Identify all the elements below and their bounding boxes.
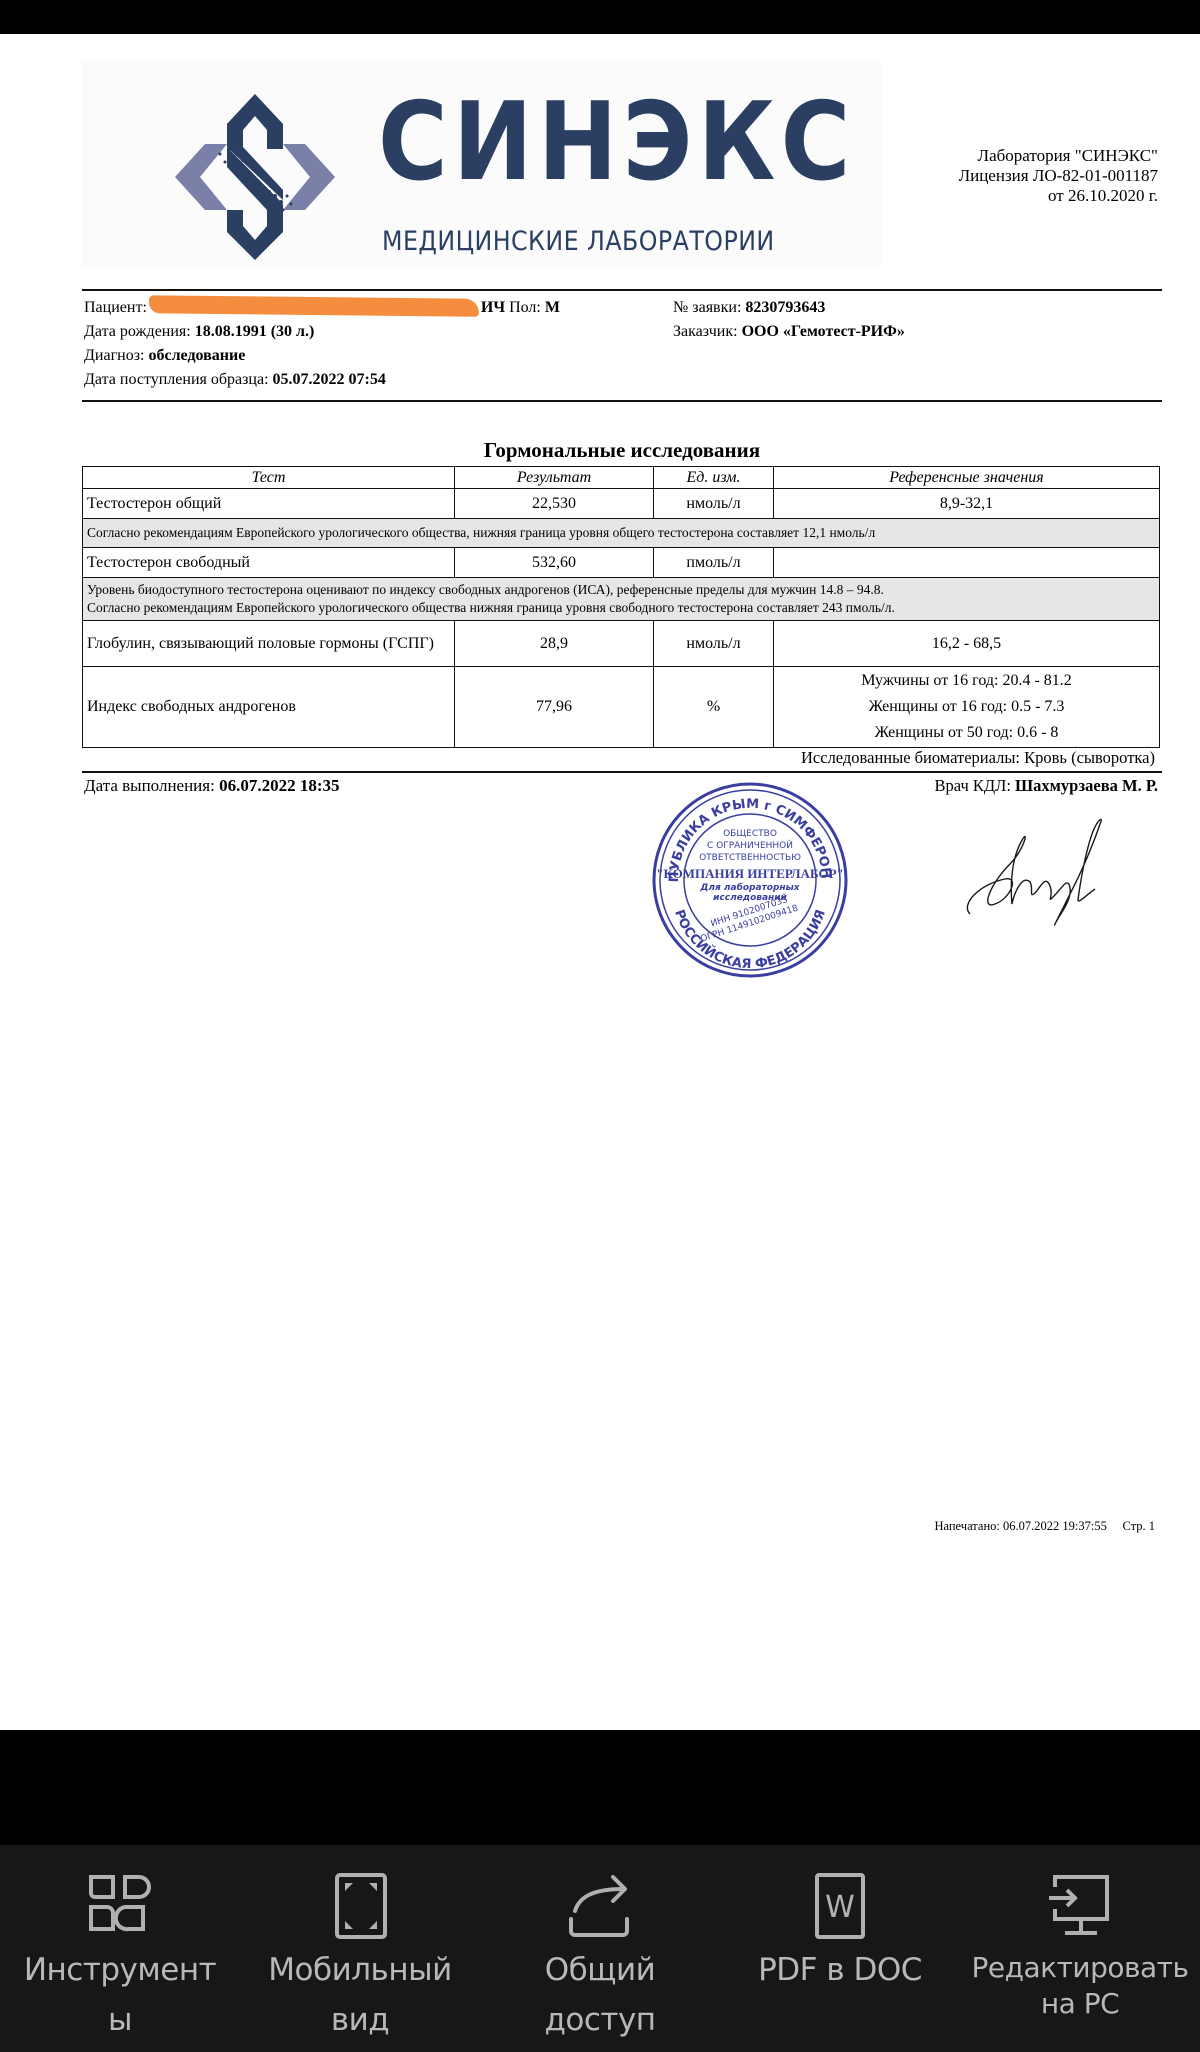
test-name: Тестостерон общий xyxy=(83,489,455,519)
order-number: 8230793643 xyxy=(745,299,825,316)
test-unit: % xyxy=(654,667,774,748)
note-line: Уровень биодоступного тестостерона оцени… xyxy=(87,581,1155,599)
note-line: Согласно рекомендациям Европейского урол… xyxy=(87,599,1155,617)
mobile-view-label: Мобильный вид xyxy=(240,1945,480,2045)
patient-name-suffix: ИЧ xyxy=(481,299,505,316)
svg-text:ОБЩЕСТВО: ОБЩЕСТВО xyxy=(723,829,777,839)
diagnosis-row: Диагноз: обследование xyxy=(84,344,245,368)
edit-on-pc-button[interactable]: Редактировать на PC xyxy=(960,1845,1200,2052)
completion-date: Дата выполнения: 06.07.2022 18:35 xyxy=(84,776,340,796)
label-line: PDF в DOC xyxy=(720,1945,960,1995)
table-row: Индекс свободных андрогенов 77,96 % Мужч… xyxy=(83,667,1160,748)
company-stamp-icon: РЕСПУБЛИКА КРЫМ г СИМФЕРОПОЛЬ РОССИЙСКАЯ… xyxy=(650,780,850,980)
svg-text:"КОМПАНИЯ ИНТЕРЛАБОР": "КОМПАНИЯ ИНТЕРЛАБОР" xyxy=(656,866,843,881)
pdf-to-doc-button[interactable]: W PDF в DOC xyxy=(720,1845,960,2052)
doctor-name: Шахмурзаева М. Р. xyxy=(1015,776,1158,795)
share-button[interactable]: Общий доступ xyxy=(480,1845,720,2052)
svg-text:С ОГРАНИЧЕННОЙ: С ОГРАНИЧЕННОЙ xyxy=(707,839,793,851)
table-row: Тестостерон общий 22,530 нмоль/л 8,9-32,… xyxy=(83,489,1160,519)
test-result: 77,96 xyxy=(455,667,654,748)
test-result: 532,60 xyxy=(455,548,654,578)
synex-logo-icon xyxy=(165,92,345,267)
test-name: Индекс свободных андрогенов xyxy=(83,667,455,748)
test-reference xyxy=(774,548,1160,578)
brand-name: СИНЭКС xyxy=(378,89,856,197)
redacted-patient-name xyxy=(149,295,479,316)
bottom-toolbar: Инструмент ы Мобильный вид Общий доступ xyxy=(0,1845,1200,2052)
note-text: Согласно рекомендациям Европейского урол… xyxy=(83,519,1160,548)
customer-label: Заказчик: xyxy=(673,323,738,340)
test-unit: пмоль/л xyxy=(654,548,774,578)
patient-name-row: Пациент: ИЧ Пол: М xyxy=(84,296,560,320)
test-reference: Мужчины от 16 год: 20.4 - 81.2 Женщины о… xyxy=(774,667,1160,748)
sex-label: Пол: xyxy=(509,299,541,316)
dob-label: Дата рождения: xyxy=(84,323,191,340)
pdf-page[interactable]: СИНЭКС МЕДИЦИНСКИЕ ЛАБОРАТОРИИ Лаборатор… xyxy=(0,34,1200,1730)
doctor-signature-icon xyxy=(950,804,1120,934)
test-name: Глобулин, связывающий половые гормоны (Г… xyxy=(83,621,455,667)
test-unit: нмоль/л xyxy=(654,489,774,519)
table-note-row: Уровень биодоступного тестостерона оцени… xyxy=(83,578,1160,621)
order-row: № заявки: 8230793643 xyxy=(673,296,825,320)
divider xyxy=(82,400,1162,402)
patient-name-label: Пациент: xyxy=(84,299,147,316)
customer-value: ООО «Гемотест-РИФ» xyxy=(742,323,905,340)
sex-value: М xyxy=(545,299,560,316)
mobile-view-button[interactable]: Мобильный вид xyxy=(240,1845,480,2052)
printed-timestamp: Напечатано: 06.07.2022 19:37:55 Стр. 1 xyxy=(934,1519,1155,1534)
reference-line: Мужчины от 16 год: 20.4 - 81.2 xyxy=(778,668,1155,694)
lab-license-info: Лаборатория "СИНЭКС" Лицензия ЛО-82-01-0… xyxy=(959,146,1158,206)
diagnosis-label: Диагноз: xyxy=(84,347,144,364)
label-line: ы xyxy=(0,1995,240,2045)
label-line: на PC xyxy=(960,1986,1200,2022)
lab-name: Лаборатория "СИНЭКС" xyxy=(959,146,1158,166)
results-table: Тест Результат Ед. изм. Референсные знач… xyxy=(82,466,1160,748)
license-number: Лицензия ЛО-82-01-001187 xyxy=(959,166,1158,186)
pdf-to-doc-label: PDF в DOC xyxy=(720,1945,960,1995)
printed-date: Напечатано: 06.07.2022 19:37:55 xyxy=(934,1519,1106,1533)
tools-button[interactable]: Инструмент ы xyxy=(0,1845,240,2052)
label-line: Редактировать xyxy=(960,1950,1200,1986)
divider xyxy=(82,771,1162,773)
col-header-result: Результат xyxy=(455,467,654,489)
col-header-reference: Референсные значения xyxy=(774,467,1160,489)
status-bar xyxy=(0,0,1200,34)
svg-text:W: W xyxy=(825,1890,855,1925)
col-header-test: Тест xyxy=(83,467,455,489)
label-line: вид xyxy=(240,1995,480,2045)
edit-on-pc-label: Редактировать на PC xyxy=(960,1950,1200,2022)
sample-date-row: Дата поступления образца: 05.07.2022 07:… xyxy=(84,368,386,392)
note-text: Уровень биодоступного тестостерона оцени… xyxy=(83,578,1160,621)
page-number: Стр. 1 xyxy=(1122,1519,1155,1533)
diagnosis-value: обследование xyxy=(148,347,245,364)
brand-subtitle: МЕДИЦИНСКИЕ ЛАБОРАТОРИИ xyxy=(382,226,775,257)
completion-date-label: Дата выполнения: xyxy=(84,776,215,795)
dob-row: Дата рождения: 18.08.1991 (30 л.) xyxy=(84,320,314,344)
dob-value: 18.08.1991 (30 л.) xyxy=(195,323,315,340)
reference-line: Женщины от 50 год: 0.6 - 8 xyxy=(778,720,1155,746)
col-header-unit: Ед. изм. xyxy=(654,467,774,489)
label-line: Инструмент xyxy=(0,1945,240,1995)
table-row: Тестостерон свободный 532,60 пмоль/л xyxy=(83,548,1160,578)
test-name: Тестостерон свободный xyxy=(83,548,455,578)
table-row: Глобулин, связывающий половые гормоны (Г… xyxy=(83,621,1160,667)
label-line: Мобильный xyxy=(240,1945,480,1995)
tools-grid-icon xyxy=(85,1871,155,1941)
sample-date-label: Дата поступления образца: xyxy=(84,371,269,388)
label-line: Общий xyxy=(480,1945,720,1995)
word-doc-icon: W xyxy=(805,1871,875,1941)
share-icon xyxy=(565,1871,635,1941)
svg-text:Для лабораторных: Для лабораторных xyxy=(699,882,800,893)
test-result: 22,530 xyxy=(455,489,654,519)
table-note-row: Согласно рекомендациям Европейского урол… xyxy=(83,519,1160,548)
divider xyxy=(82,289,1162,291)
license-date: от 26.10.2020 г. xyxy=(959,186,1158,206)
completion-date-value: 06.07.2022 18:35 xyxy=(219,776,339,795)
order-label: № заявки: xyxy=(673,299,741,316)
test-unit: нмоль/л xyxy=(654,621,774,667)
test-reference: 16,2 - 68,5 xyxy=(774,621,1160,667)
doctor: Врач КДЛ: Шахмурзаева М. Р. xyxy=(935,776,1158,796)
svg-text:ОТВЕТСТВЕННОСТЬЮ: ОТВЕТСТВЕННОСТЬЮ xyxy=(699,853,801,863)
test-result: 28,9 xyxy=(455,621,654,667)
tools-label: Инструмент ы xyxy=(0,1945,240,2045)
viewer-background xyxy=(0,1730,1200,1845)
test-reference: 8,9-32,1 xyxy=(774,489,1160,519)
customer-row: Заказчик: ООО «Гемотест-РИФ» xyxy=(673,320,905,344)
section-title: Гормональные исследования xyxy=(82,438,1162,463)
share-label: Общий доступ xyxy=(480,1945,720,2045)
mobile-view-icon xyxy=(325,1871,395,1941)
reference-line: Женщины от 16 год: 0.5 - 7.3 xyxy=(778,694,1155,720)
doctor-label: Врач КДЛ: xyxy=(935,776,1011,795)
edit-on-pc-icon xyxy=(1045,1871,1115,1941)
sample-date-value: 05.07.2022 07:54 xyxy=(273,371,386,388)
biomaterial-note: Исследованные биоматериалы: Кровь (сывор… xyxy=(801,748,1155,768)
label-line: доступ xyxy=(480,1995,720,2045)
